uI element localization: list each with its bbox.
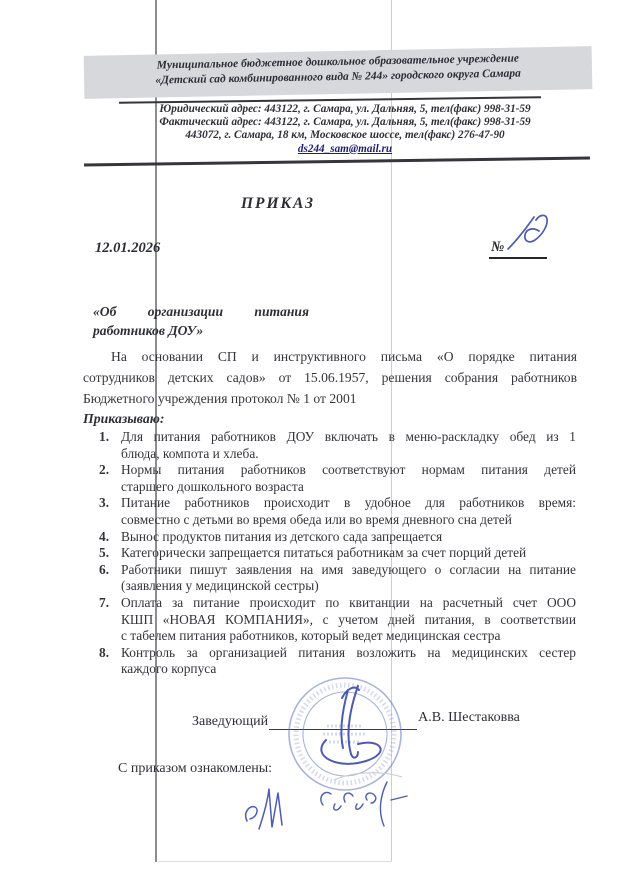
list-item-text: Для питания работников ДОУ включать в ме…: [121, 429, 576, 462]
list-item-text: Работники пишут заявления на имя заведую…: [121, 562, 576, 595]
scanned-order-page: Муниципальное бюджетное дошкольное образ…: [0, 0, 620, 877]
list-item-number: 2.: [99, 462, 121, 495]
director-signature: [298, 680, 408, 772]
list-item: 3.Питание работников происходит в удобно…: [99, 495, 576, 528]
preamble-line3: Бюджетного учреждения протокол № 1 от 20…: [83, 389, 577, 410]
signatory-position: Заведующий: [192, 714, 268, 730]
header-separator-line: [84, 156, 590, 166]
list-item-number: 8.: [99, 645, 121, 678]
list-item-number: 6.: [99, 562, 121, 595]
subject-line2: работников ДОУ»: [93, 322, 309, 341]
letterhead-contacts: Юридический адрес: 443122, г. Самара, ул…: [110, 103, 580, 156]
list-item: 6.Работники пишут заявления на имя завед…: [99, 562, 576, 595]
order-preamble: На основании СП и инструктивного письма …: [83, 347, 577, 409]
subject-line1: «Об организации питания: [93, 303, 309, 322]
preamble-line2: сотрудников детских садов» от 15.06.1957…: [83, 368, 577, 389]
list-item: 2.Нормы питания работников соответствуют…: [99, 462, 576, 495]
list-item: 5.Категорически запрещается питаться раб…: [99, 545, 576, 562]
email-text: ds244_sam@mail.ru: [110, 143, 580, 156]
preamble-line1: На основании СП и инструктивного письма …: [83, 347, 577, 368]
list-item: 1.Для питания работников ДОУ включать в …: [99, 429, 576, 462]
order-verb-heading: Приказываю:: [83, 411, 164, 427]
order-date: 12.01.2026: [95, 240, 160, 257]
actual-address: Фактический адрес: 443122, г. Самара, ул…: [110, 116, 580, 129]
list-item-text: Категорически запрещается питаться работ…: [121, 545, 576, 562]
employee-signature-1: [238, 783, 290, 835]
list-item-text: Питание работников происходит в удобное …: [121, 495, 576, 528]
letterhead-band: Муниципальное бюджетное дошкольное образ…: [84, 46, 593, 99]
list-item-text: Контроль за организацией питания возложи…: [121, 645, 576, 678]
legal-address: Юридический адрес: 443122, г. Самара, ул…: [110, 103, 580, 116]
order-number-blank-line: [489, 257, 547, 259]
document-title: ПРИКАЗ: [178, 195, 378, 213]
order-subject: «Об организации питания работников ДОУ»: [93, 303, 309, 340]
list-item-text: Вынос продуктов питания из детского сада…: [121, 529, 576, 546]
employee-signature-2: [310, 779, 410, 831]
list-item-number: 4.: [99, 529, 121, 546]
list-item: 7.Оплата за питание происходит по квитан…: [99, 595, 576, 645]
list-item: 8.Контроль за организацией питания возло…: [99, 645, 576, 678]
scan-artifact-bottom-line: [158, 861, 392, 862]
pencil-mark: [332, 769, 404, 783]
list-item-text: Нормы питания работников соответствуют н…: [121, 462, 576, 495]
list-item-number: 5.: [99, 545, 121, 562]
order-number-handwritten: [501, 211, 559, 255]
list-item: 4.Вынос продуктов питания из детского са…: [99, 529, 576, 546]
list-item-text: Оплата за питание происходит по квитанци…: [121, 595, 576, 645]
signatory-name: А.В. Шестаковва: [418, 710, 520, 730]
second-address: 443072, г. Самара, 18 км, Московское шос…: [110, 129, 580, 142]
acknowledgement-label: С приказом ознакомлены:: [118, 761, 272, 777]
list-item-number: 3.: [99, 495, 121, 528]
list-item-number: 7.: [99, 595, 121, 645]
list-item-number: 1.: [99, 429, 121, 462]
order-list: 1.Для питания работников ДОУ включать в …: [99, 429, 576, 678]
